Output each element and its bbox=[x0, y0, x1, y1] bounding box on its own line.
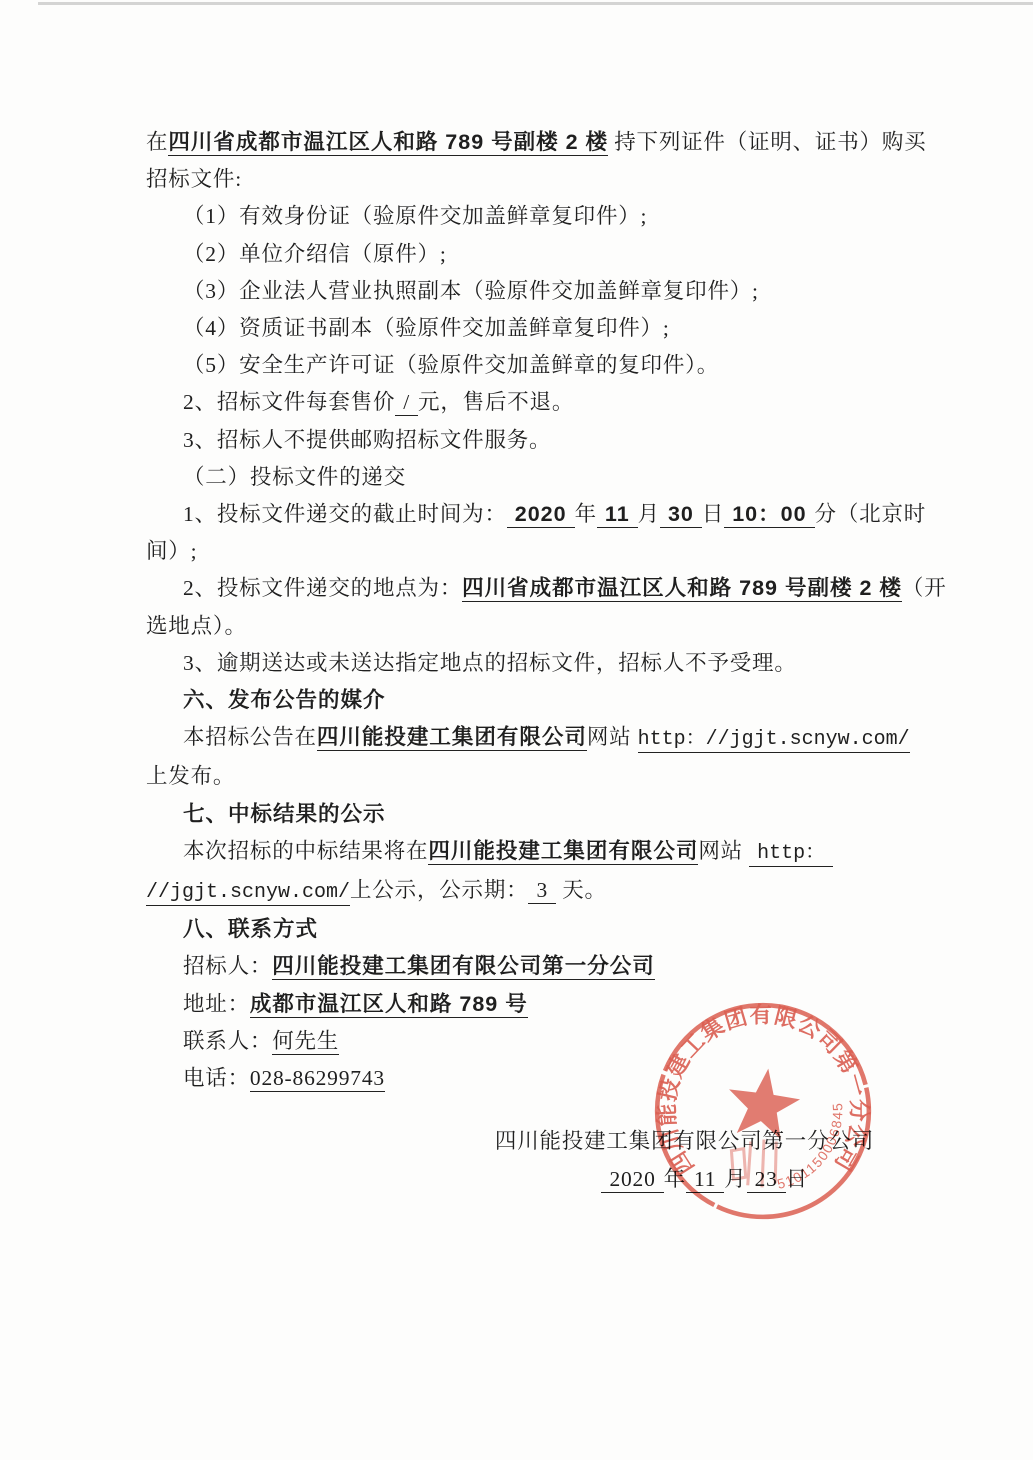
sec7-pre: 本次招标的中标结果将在 bbox=[183, 839, 428, 863]
sec7-mid: 网站 bbox=[698, 839, 749, 863]
contact-label: 地址： bbox=[183, 992, 250, 1016]
price-pre: 2、招标文件每套售价 bbox=[183, 390, 395, 414]
list-item: （2）单位介绍信（原件）; bbox=[146, 236, 902, 273]
contact-row-address: 地址：成都市温江区人和路 789 号 bbox=[146, 986, 902, 1023]
contact-value: 成都市温江区人和路 789 号 bbox=[250, 992, 528, 1018]
list-item: （5）安全生产许可证（验原件交加盖鲜章的复印件）。 bbox=[146, 347, 902, 384]
section-6-line-2: 上发布。 bbox=[146, 758, 902, 795]
contact-value: 四川能投建工集团有限公司第一分公司 bbox=[272, 954, 655, 980]
sec7-url-head: http： bbox=[749, 842, 833, 867]
signature-year: 2020 bbox=[601, 1167, 663, 1193]
section-7-line-2: //jgjt.scnyw.com/上公示，公示期：3 天。 bbox=[146, 872, 902, 911]
place-pre: 2、投标文件递交的地点为： bbox=[183, 576, 462, 600]
sec7-post: 天。 bbox=[556, 878, 607, 902]
contact-label: 联系人： bbox=[183, 1029, 272, 1053]
sec7-company: 四川能投建工集团有限公司 bbox=[428, 839, 698, 865]
place-post: （开 bbox=[902, 576, 947, 600]
sec7-days: 3 bbox=[528, 878, 556, 904]
sec6-url: http：//jgjt.scnyw.com/ bbox=[638, 728, 910, 753]
place-line-1: 2、投标文件递交的地点为：四川省成都市温江区人和路 789 号副楼 2 楼（开 bbox=[146, 570, 902, 607]
section-6-line-1: 本招标公告在四川能投建工集团有限公司网站 http：//jgjt.scnyw.c… bbox=[146, 719, 902, 758]
signature-year-unit: 年 bbox=[664, 1167, 686, 1191]
contact-row-phone: 电话：028-86299743 bbox=[146, 1060, 902, 1097]
price-post: 元，售后不退。 bbox=[418, 390, 574, 414]
pickup-pre: 在 bbox=[146, 130, 168, 154]
list-item: （3）企业法人营业执照副本（验原件交加盖鲜章复印件）; bbox=[146, 273, 902, 310]
contact-row-bidder: 招标人：四川能投建工集团有限公司第一分公司 bbox=[146, 948, 902, 985]
scan-edge-artifact bbox=[38, 2, 1033, 5]
sec6-pre: 本招标公告在 bbox=[183, 725, 317, 749]
contact-label: 招标人： bbox=[183, 954, 272, 978]
sec7-mid2: 上公示，公示期： bbox=[350, 878, 528, 902]
late-line: 3、逾期送达或未送达指定地点的招标文件，招标人不予受理。 bbox=[146, 645, 902, 682]
deadline-year-unit: 年 bbox=[575, 502, 597, 526]
deadline-month-unit: 月 bbox=[638, 502, 660, 526]
price-line: 2、招标文件每套售价/元，售后不退。 bbox=[146, 384, 902, 421]
sec6-mid: 网站 bbox=[587, 725, 638, 749]
section-7-heading: 七、中标结果的公示 bbox=[146, 796, 902, 833]
deadline-time: 10：00 bbox=[724, 502, 814, 528]
deadline-year: 2020 bbox=[507, 502, 575, 528]
list-item: （1）有效身份证（验原件交加盖鲜章复印件）; bbox=[146, 198, 902, 235]
mail-line: 3、招标人不提供邮购招标文件服务。 bbox=[146, 422, 902, 459]
deadline-line-2: 间）; bbox=[146, 533, 902, 570]
contact-value: 何先生 bbox=[272, 1029, 339, 1055]
signature-day-unit: 日 bbox=[786, 1167, 808, 1191]
section-6-heading: 六、发布公告的媒介 bbox=[146, 682, 902, 719]
section-8-heading: 八、联系方式 bbox=[146, 911, 902, 948]
document-page: 在四川省成都市温江区人和路 789 号副楼 2 楼 持下列证件（证明、证书）购买… bbox=[0, 0, 1033, 1460]
document-body: 在四川省成都市温江区人和路 789 号副楼 2 楼 持下列证件（证明、证书）购买… bbox=[146, 124, 902, 1199]
pickup-address: 四川省成都市温江区人和路 789 号副楼 2 楼 bbox=[168, 130, 608, 156]
deadline-day-unit: 日 bbox=[702, 502, 724, 526]
deadline-day: 30 bbox=[660, 502, 702, 528]
submit-subheading: （二）投标文件的递交 bbox=[146, 459, 902, 496]
price-blank: / bbox=[395, 390, 418, 416]
signature-month-unit: 月 bbox=[724, 1167, 746, 1191]
contact-label: 电话： bbox=[183, 1066, 250, 1090]
contact-value: 028-86299743 bbox=[250, 1066, 385, 1092]
signature-day: 23 bbox=[747, 1167, 786, 1193]
sec7-url-tail: //jgjt.scnyw.com/ bbox=[146, 881, 350, 906]
section-7-line-1: 本次招标的中标结果将在四川能投建工集团有限公司网站 http： bbox=[146, 833, 902, 872]
list-item: （4）资质证书副本（验原件交加盖鲜章复印件）; bbox=[146, 310, 902, 347]
sec6-company: 四川能投建工集团有限公司 bbox=[317, 725, 587, 751]
pickup-line-1: 在四川省成都市温江区人和路 789 号副楼 2 楼 持下列证件（证明、证书）购买 bbox=[146, 124, 902, 161]
signature-date: 2020年11月23日 bbox=[146, 1160, 902, 1199]
contact-row-person: 联系人：何先生 bbox=[146, 1023, 902, 1060]
deadline-pre: 1、投标文件递交的截止时间为： bbox=[183, 502, 507, 526]
signature-month: 11 bbox=[686, 1167, 724, 1193]
signature-company: 四川能投建工集团有限公司第一分公司 bbox=[146, 1123, 902, 1160]
signature-block: 四川能投建工集团有限公司第一分公司 2020年11月23日 bbox=[146, 1123, 902, 1199]
deadline-post: 分（北京时 bbox=[815, 502, 927, 526]
place-address: 四川省成都市温江区人和路 789 号副楼 2 楼 bbox=[462, 576, 902, 602]
pickup-line-2: 招标文件: bbox=[146, 161, 902, 198]
deadline-line-1: 1、投标文件递交的截止时间为：2020年11月30日10：00分（北京时 bbox=[146, 496, 902, 533]
pickup-post: 持下列证件（证明、证书）购买 bbox=[608, 130, 926, 154]
deadline-month: 11 bbox=[597, 502, 638, 528]
place-line-2: 选地点）。 bbox=[146, 608, 902, 645]
